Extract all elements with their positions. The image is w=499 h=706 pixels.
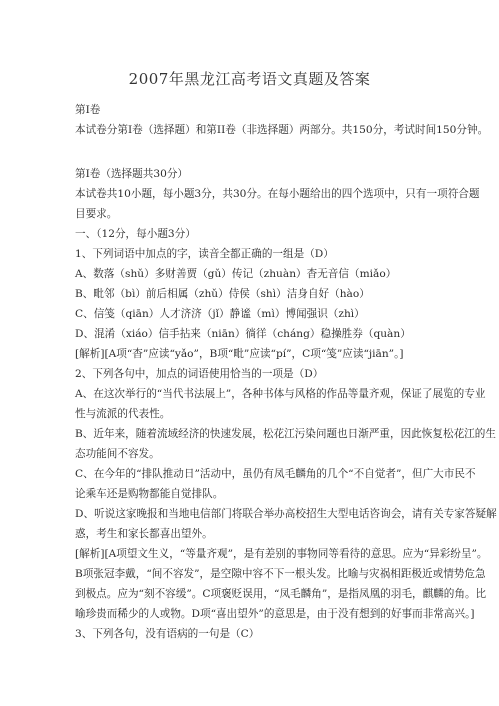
- analysis-line: [解析][A项望文生义，“等量齐观”，是有差别的事物同等看待的意思。应为“异彩纷…: [75, 547, 488, 561]
- document-page: 2007年黑龙江高考语文真题及答案 第I卷 本试卷分第I卷（选择题）和第II卷（…: [0, 0, 499, 706]
- analysis-line: B项张冠李戴，“间不容发”，是空隙中容不下一根头发。比喻与灾祸相距极近或情势危急: [75, 567, 486, 581]
- option-line: B、近年来，随着流域经济的快速发展，松花江污染问题也日渐严重，因此恢复松花江的生: [75, 427, 496, 441]
- question-1: 1、下列词语中加点的字，读音全都正确的一组是（D）: [75, 247, 334, 261]
- paragraph-line: 本试卷共10小题，每小题3分，共30分。在每小题给出的四个选项中，只有一项符合题: [75, 187, 479, 201]
- option-line: A、在这次举行的“当代书法展上”，各种书体与风格的作品等量齐观，保证了展览的专业: [75, 387, 485, 401]
- option-line: 论乘车还是购物都能自觉排队。: [75, 487, 223, 501]
- option-line: C、在今年的“排队推动日”活动中，虽仍有凤毛麟角的几个“不自觉者”，但广大市民不: [75, 467, 476, 481]
- option-line: B、毗邻（bì）前后相属（zhǔ）侍侯（shì）洁身自好（hào）: [75, 287, 370, 301]
- section-heading: 第I卷（选择题共30分）: [75, 167, 188, 181]
- option-line: A、数落（shǔ）多财善贾（gǔ）传记（zhuàn）杳无音信（miǎo）: [75, 267, 396, 281]
- analysis-line: [解析][A项“杳”应读“yǎo”，B项“毗”应读“pí”，C项“笺”应读“ji…: [75, 347, 404, 361]
- analysis-line: 到极点。应为“刻不容缓”。C项褒贬误用，“凤毛麟角”，是指凤凰的羽毛，麒麟的角。…: [75, 587, 486, 601]
- option-line: 态功能间不容发。: [75, 447, 160, 461]
- analysis-line: 喻珍贵而稀少的人或物。D项“喜出望外”的意思是，由于没有想到的好事而非常高兴。]: [75, 607, 475, 621]
- part-heading: 一、（12分，每小题3分）: [75, 227, 196, 241]
- document-title: 2007年黑龙江高考语文真题及答案: [0, 68, 499, 89]
- option-line: C、信笺（qiān）人才济济（jǐ）静谧（mì）博闻强识（zhì）: [75, 307, 365, 321]
- question-2: 2、下列各句中，加点的词语使用恰当的一项是（D）: [75, 367, 323, 381]
- paragraph-line: 本试卷分第I卷（选择题）和第II卷（非选择题）两部分。共150分，考试时间150…: [75, 123, 488, 137]
- section-heading: 第I卷: [75, 103, 100, 117]
- paragraph-line: 目要求。: [75, 207, 117, 221]
- option-line: D、听说这家晚报和当地电信部门将联合举办高校招生大型电话咨询会，请有关专家答疑解: [75, 507, 497, 521]
- option-line: 惑，考生和家长都喜出望外。: [75, 527, 213, 541]
- option-line: D、混淆（xiáo）信手拈来（niān）徜徉（cháng）稳操胜券（quàn）: [75, 327, 411, 341]
- question-3: 3、下列各句，没有语病的一句是（C）: [75, 627, 259, 641]
- option-line: 性与流派的代表性。: [75, 407, 170, 421]
